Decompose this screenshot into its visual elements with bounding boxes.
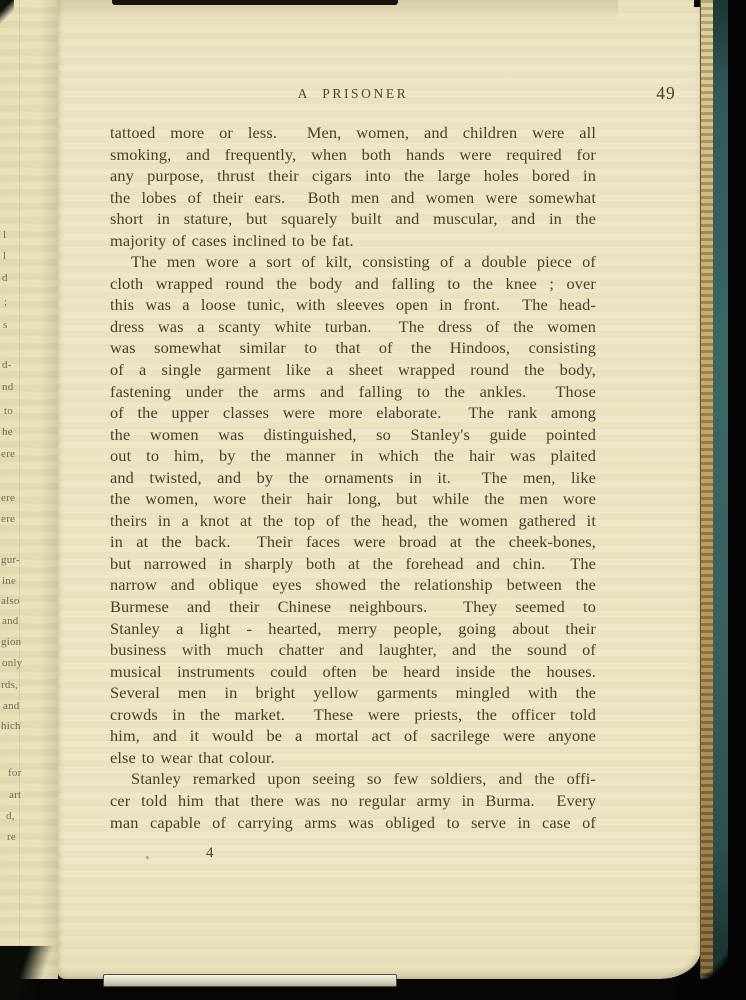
edge-text-fragment: to	[4, 406, 13, 417]
body-text: tattoed more or less. Men, women, and ch…	[110, 122, 596, 833]
text-line: Stanley a light - hearted, merry people,…	[110, 618, 596, 640]
edge-text-fragment: ere	[1, 493, 15, 504]
text-line: short in stature, but squarely built and…	[110, 208, 596, 230]
text-line: of a single garment like a sheet wrapped…	[110, 359, 596, 381]
text-line: cloth wrapped round the body and falling…	[110, 273, 596, 295]
text-line: fastening under the arms and falling to …	[110, 381, 596, 403]
text-line: but narrowed in sharply both at the fore…	[110, 553, 596, 575]
edge-text-fragment: nd	[2, 382, 13, 393]
text-line: of the upper classes were more elaborate…	[110, 402, 596, 424]
text-line: this was a loose tunic, with sleeves ope…	[110, 294, 596, 316]
text-line: in at the back. Their faces were broad a…	[110, 531, 596, 553]
text-line: Stanley remarked upon seeing so few sold…	[110, 768, 596, 790]
text-line: business with much chatter and laughter,…	[110, 639, 596, 661]
text-line: Burmese and their Chinese neighbours. Th…	[110, 596, 596, 618]
facing-page-text-fragments: lld;sd-ndtoheereereeregur-inealsoandgion…	[0, 0, 40, 979]
text-line: dress was a scanty white turban. The dre…	[110, 316, 596, 338]
text-line: the lobes of their ears. Both men and wo…	[110, 187, 596, 209]
page-block-fore-edge	[700, 0, 714, 992]
text-line: theirs in a knot at the top of the head,…	[110, 510, 596, 532]
paragraph: tattoed more or less. Men, women, and ch…	[110, 122, 596, 251]
edge-text-fragment: gur-	[1, 555, 20, 566]
text-line: majority of cases inclined to be fat.	[110, 230, 596, 252]
edge-text-fragment: ere	[1, 449, 15, 460]
text-line: the women, wore their hair long, but whi…	[110, 488, 596, 510]
edge-text-fragment: s	[3, 320, 7, 331]
edge-text-fragment: rds,	[1, 680, 18, 691]
edge-text-fragment: d-	[2, 360, 12, 371]
page-number: 49	[646, 83, 686, 104]
edge-text-fragment: gion	[1, 637, 21, 648]
edge-text-fragment: l	[3, 251, 6, 262]
text-line: man capable of carrying arms was obliged…	[110, 812, 596, 834]
edge-text-fragment: he	[2, 427, 13, 438]
edge-text-fragment: also	[1, 596, 20, 607]
text-line: out to him, by the manner in which the h…	[110, 445, 596, 467]
text-line: Several men in bright yellow garments mi…	[110, 682, 596, 704]
text-line: was somewhat similar to that of the Hind…	[110, 337, 596, 359]
edge-text-fragment: d	[2, 273, 8, 284]
text-line: smoking, and frequently, when both hands…	[110, 144, 596, 166]
edge-text-fragment: re	[7, 832, 16, 843]
text-line: musical instruments could often be heard…	[110, 661, 596, 683]
edge-text-fragment: ere	[1, 514, 15, 525]
text-line: crowds in the market. These were priests…	[110, 704, 596, 726]
edge-text-fragment: ine	[2, 576, 16, 587]
edge-text-fragment: ;	[4, 297, 7, 308]
bottom-left-corner-shadow	[0, 946, 74, 1000]
text-line: tattoed more or less. Men, women, and ch…	[110, 122, 596, 144]
text-line: him, and it would be a mortal act of sac…	[110, 725, 596, 747]
top-page-edge-shadow	[112, 0, 398, 5]
edge-text-fragment: d,	[6, 811, 15, 822]
text-line: else to wear that colour.	[110, 747, 596, 769]
text-line: cer told him that there was no regular a…	[110, 790, 596, 812]
text-line: any purpose, thrust their cigars into th…	[110, 165, 596, 187]
book-cover-cloth	[713, 0, 728, 1000]
edge-text-fragment: hich	[1, 721, 21, 732]
text-line: and twisted, and by the ornaments in it.…	[110, 467, 596, 489]
text-line: narrow and oblique eyes showed the relat…	[110, 574, 596, 596]
edge-text-fragment: and	[3, 701, 19, 712]
paragraph: Stanley remarked upon seeing so few sold…	[110, 768, 596, 833]
edge-text-fragment: for	[8, 768, 21, 779]
edge-text-fragment: only	[2, 658, 22, 669]
edge-text-fragment: art	[9, 790, 21, 801]
edge-text-fragment: and	[2, 616, 18, 627]
bottom-right-corner-shadow	[676, 924, 746, 1000]
background-right	[728, 0, 746, 1000]
top-left-corner-shadow	[0, 0, 14, 26]
bottom-page-edge-bar	[103, 974, 397, 987]
edge-text-fragment: l	[3, 230, 6, 241]
text-line: The men wore a sort of kilt, consisting …	[110, 251, 596, 273]
paper-speck	[146, 856, 149, 859]
text-line: the women was distinguished, so Stanley'…	[110, 424, 596, 446]
signature-mark: 4	[206, 845, 214, 862]
paragraph: The men wore a sort of kilt, consisting …	[110, 251, 596, 768]
running-head: A PRISONER	[110, 86, 596, 102]
scanned-book-page-photo: lld;sd-ndtoheereereeregur-inealsoandgion…	[0, 0, 746, 1000]
